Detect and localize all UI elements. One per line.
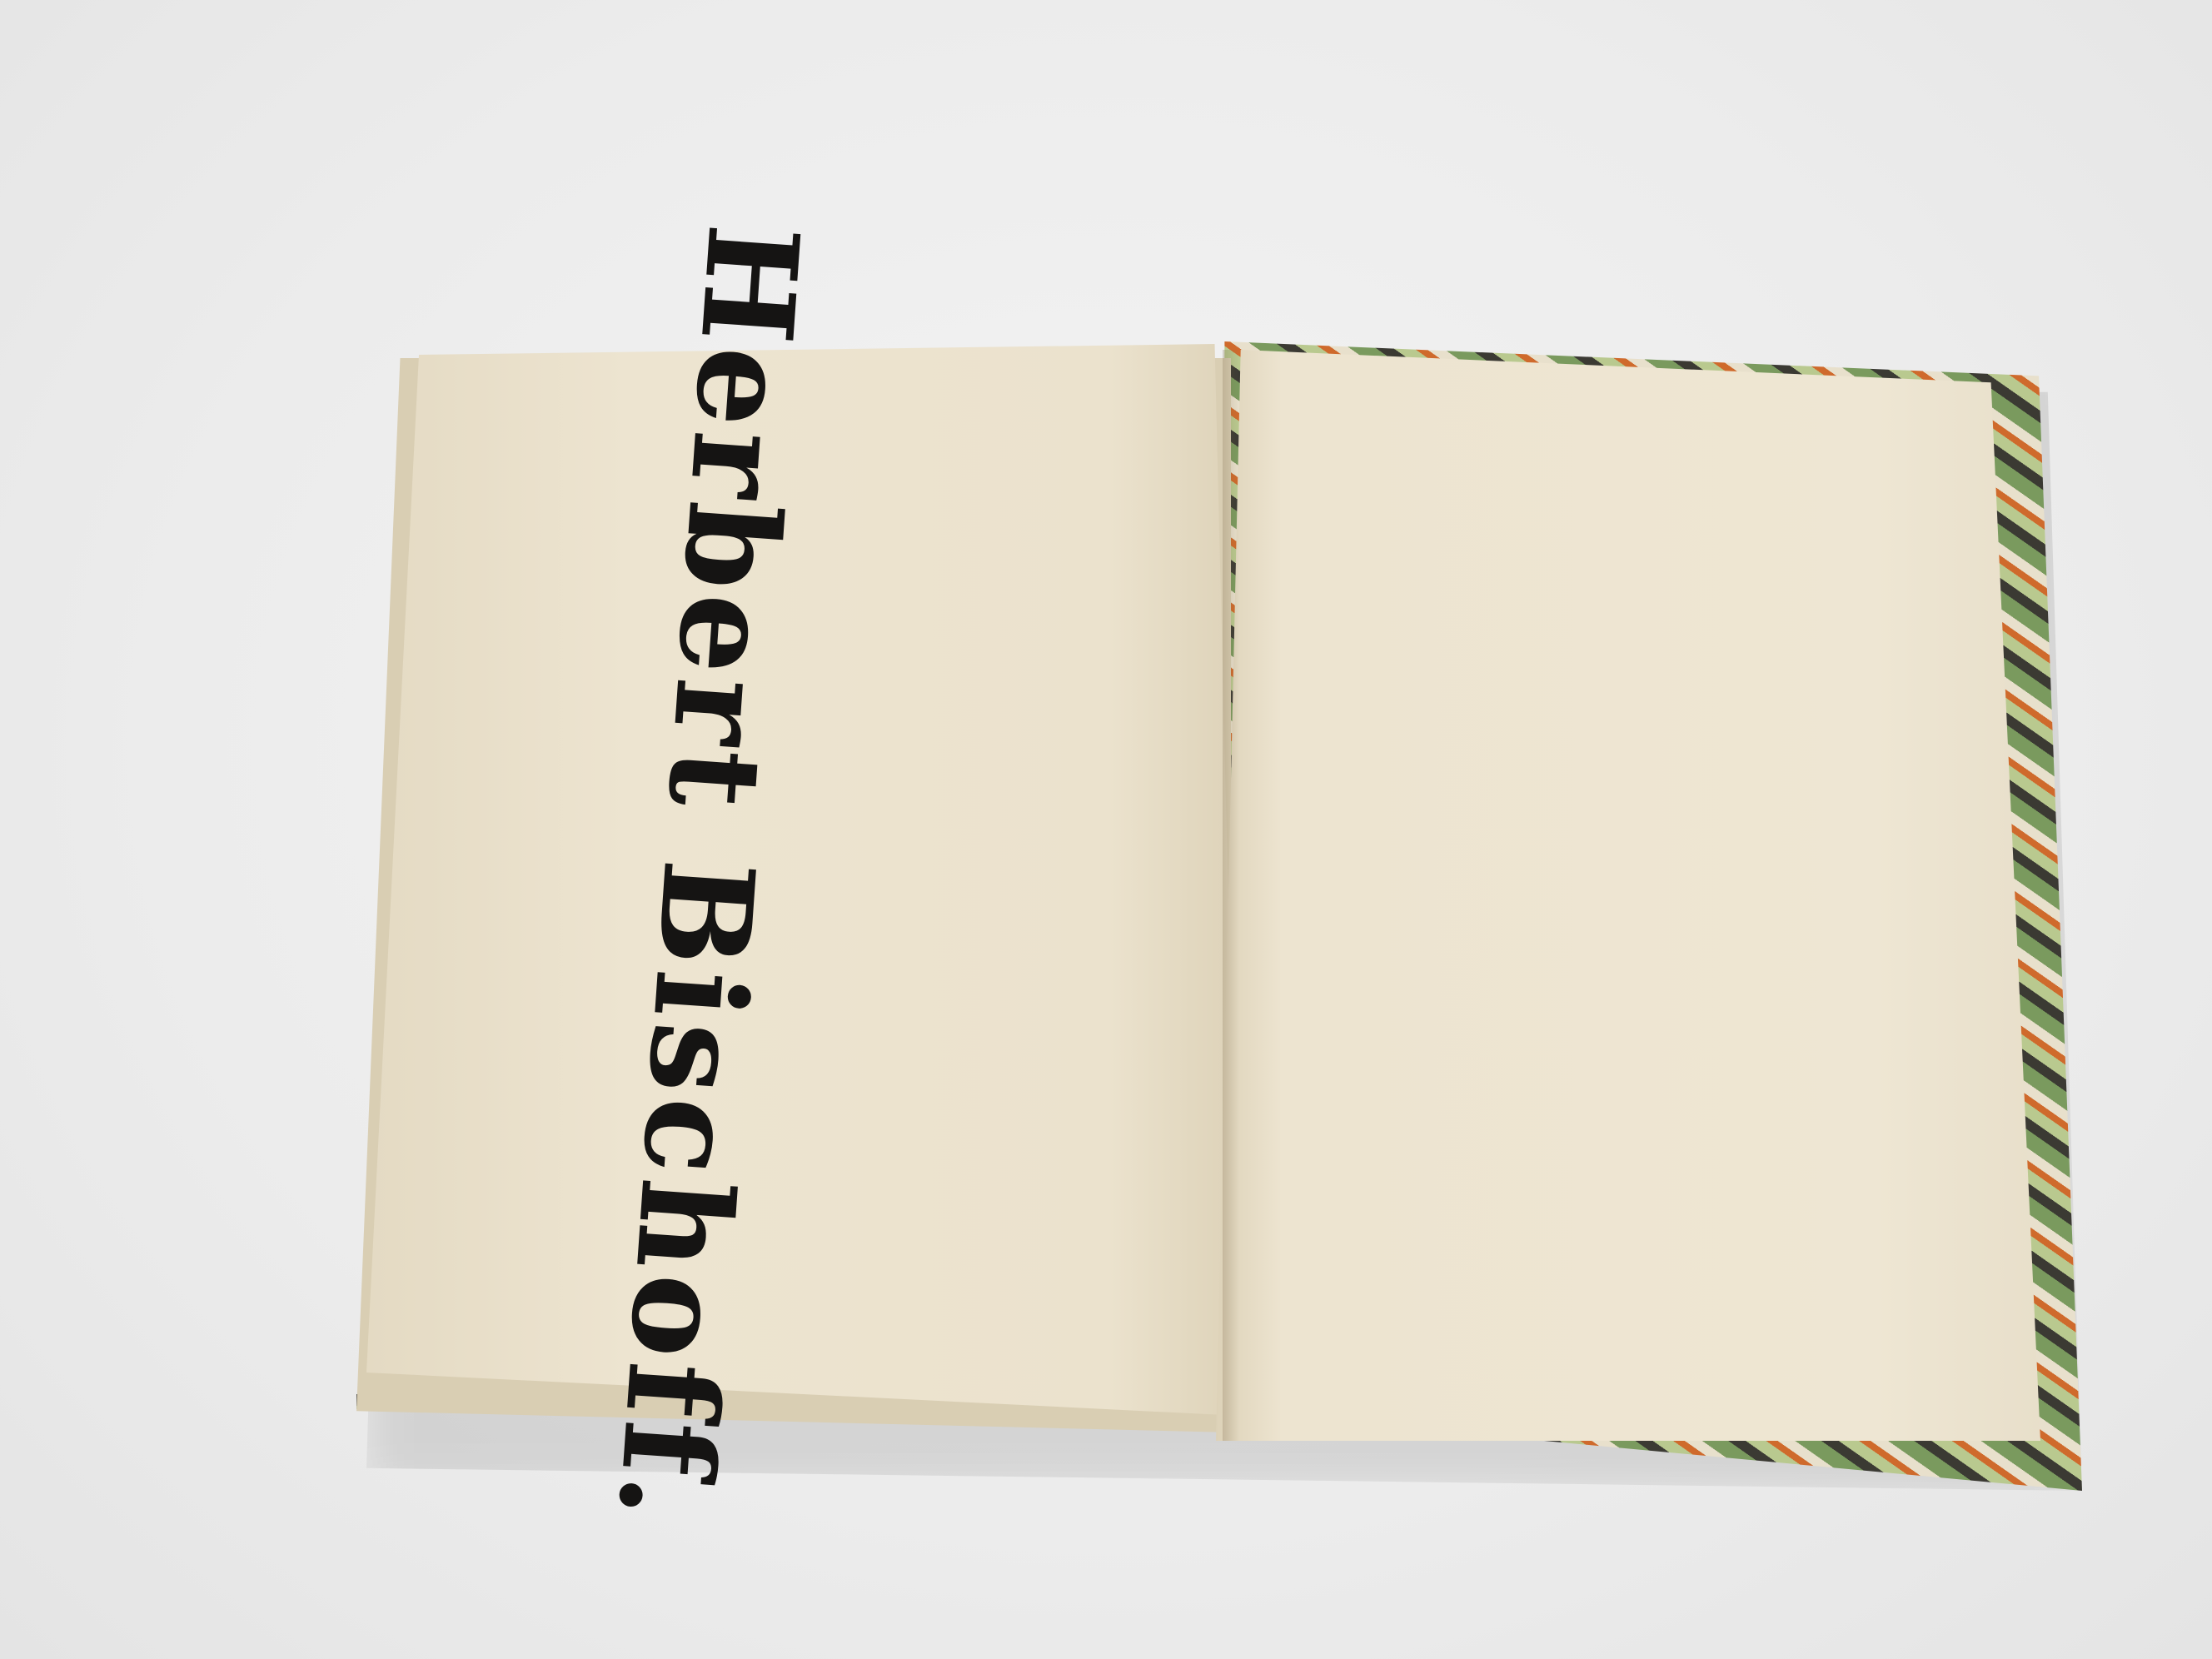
book-gutter — [1223, 350, 1239, 1441]
right-page — [1216, 350, 2040, 1441]
signature-inscription: Herbert Bischoff. — [566, 466, 849, 1283]
